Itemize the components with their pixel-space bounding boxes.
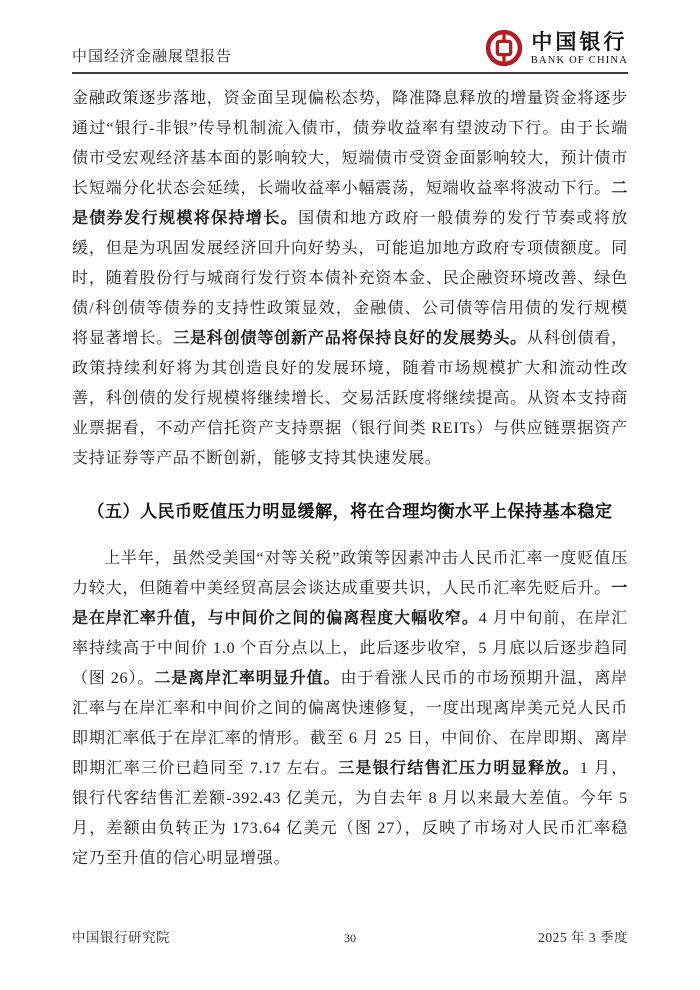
text-run: 上半年，虽然受美国“对等关税”政策等因素冲击人民币汇率一度贬值压力较大，但随着中… bbox=[72, 550, 628, 597]
section-heading: （五）人民币贬值压力明显缓解，将在合理均衡水平上保持基本稳定 bbox=[72, 497, 628, 527]
bank-logo: 中国银行 BANK OF CHINA bbox=[484, 28, 628, 68]
document-body: 金融政策逐步落地，资金面呈现偏松态势，降准降息释放的增量资金将逐步通过“银行-非… bbox=[72, 84, 628, 874]
footer-institute: 中国银行研究院 bbox=[72, 926, 344, 946]
text-run: 从科创债看，政策持续利好将为其创造良好的发展环境，随着市场规模扩大和流动性改善，… bbox=[72, 330, 628, 467]
paragraph-rmb-exchange: 上半年，虽然受美国“对等关税”政策等因素冲击人民币汇率一度贬值压力较大，但随着中… bbox=[72, 544, 628, 874]
page-number: 30 bbox=[344, 931, 356, 946]
footer-edition: 2025 年 3 季度 bbox=[356, 926, 628, 946]
boc-emblem-icon bbox=[484, 28, 524, 68]
page-header: 中国经济金融展望报告 中国银行 BANK OF CHINA bbox=[72, 0, 628, 74]
text-run-bold: 二是离岸汇率明显升值。 bbox=[154, 670, 340, 687]
bank-name-en: BANK OF CHINA bbox=[531, 54, 628, 67]
text-run: 国债和地方政府一般债券的发行节奏或将放缓，但是为巩固发展经济回升向好势头，可能追… bbox=[72, 210, 628, 347]
report-title: 中国经济金融展望报告 bbox=[72, 45, 232, 66]
text-run-bold: 三是科创债等创新产品将保持良好的发展势头。 bbox=[173, 330, 527, 347]
text-run-bold: 三是银行结售汇压力明显释放。 bbox=[338, 760, 580, 777]
document-page: 中国经济金融展望报告 中国银行 BANK OF CHINA 金融政策逐步落地，资… bbox=[0, 0, 700, 990]
bank-logo-text: 中国银行 BANK OF CHINA bbox=[531, 30, 628, 67]
paragraph-bond-market: 金融政策逐步落地，资金面呈现偏松态势，降准降息释放的增量资金将逐步通过“银行-非… bbox=[72, 84, 628, 474]
page-footer: 中国银行研究院 30 2025 年 3 季度 bbox=[72, 926, 628, 946]
text-run: 金融政策逐步落地，资金面呈现偏松态势，降准降息释放的增量资金将逐步通过“银行-非… bbox=[72, 90, 628, 197]
bank-name-cn: 中国银行 bbox=[531, 30, 627, 54]
